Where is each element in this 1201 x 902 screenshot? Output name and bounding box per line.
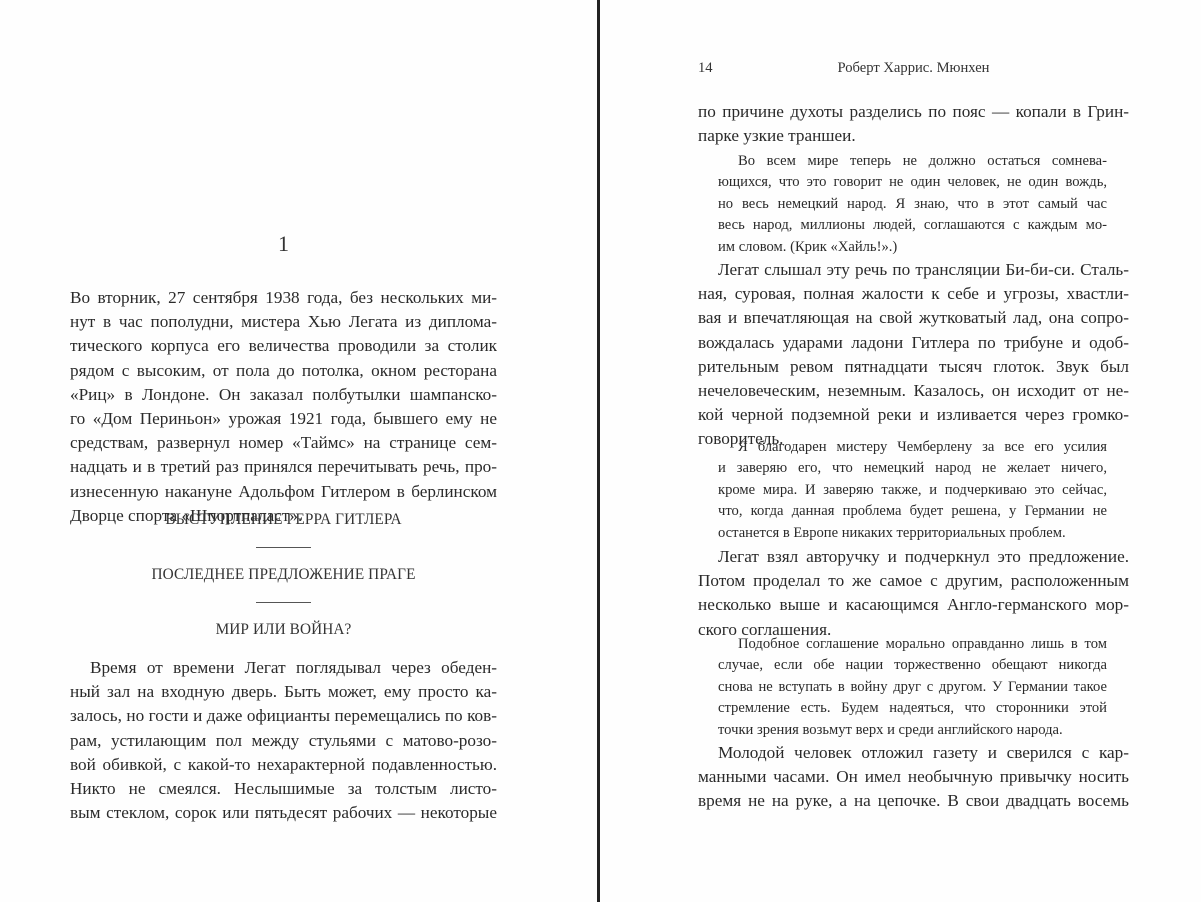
text-line: манными часами. Он имел необычную привыч… bbox=[698, 765, 1129, 789]
text-line: ный зал на входную дверь. Быть может, ем… bbox=[70, 680, 497, 704]
text-line: го «Дом Периньон» урожая 1921 года, бывш… bbox=[70, 407, 497, 431]
paragraph: Легат слышал эту речь по трансляции Би-б… bbox=[698, 258, 1129, 452]
headline: МИР ИЛИ ВОЙНА? bbox=[70, 619, 497, 641]
text-line: изнесенную накануне Адольфом Гитлером в … bbox=[70, 480, 497, 504]
text-line: тического корпуса его величества проводи… bbox=[70, 334, 497, 358]
text-line: несколько выше и касающимся Англо-герман… bbox=[698, 593, 1129, 617]
text-line: снова не вступать в войну друг с другом.… bbox=[718, 677, 1107, 698]
text-line: кроме мира. И заверяю также, и подчеркив… bbox=[718, 480, 1107, 501]
speech-quote: Во всем мире теперь не должно остаться с… bbox=[718, 151, 1107, 258]
headline-divider bbox=[256, 547, 311, 548]
speech-quote: Я благодарен мистеру Чемберлену за все е… bbox=[718, 437, 1107, 544]
text-line: парке узкие траншеи. bbox=[698, 124, 1129, 148]
paragraph: Легат взял авторучку и подчеркнул это пр… bbox=[698, 545, 1129, 642]
text-line: «Риц» в Лондоне. Он заказал полбутылки ш… bbox=[70, 383, 497, 407]
text-line: Молодой человек отложил газету и сверилс… bbox=[698, 741, 1129, 765]
paragraph-opening: Во вторник, 27 сентября 1938 года, без н… bbox=[70, 286, 497, 528]
paragraph: Молодой человек отложил газету и сверилс… bbox=[698, 741, 1129, 814]
text-line: точки зрения возьмут верх и среди англий… bbox=[718, 720, 1107, 741]
text-line: им словом. (Крик «Хайль!».) bbox=[718, 237, 1107, 258]
text-line: Во всем мире теперь не должно остаться с… bbox=[718, 151, 1107, 172]
headline-divider bbox=[256, 602, 311, 603]
text-line: нечеловеческим, неземным. Казалось, он и… bbox=[698, 379, 1129, 403]
text-line: весь народ, миллионы людей, соглашаются … bbox=[718, 215, 1107, 236]
text-line: вой обивкой, с какой-то нехарактерной по… bbox=[70, 753, 497, 777]
text-line: Во вторник, 27 сентября 1938 года, без н… bbox=[70, 286, 497, 310]
text-line: вым стеклом, сорок или пятьдесят рабочих… bbox=[70, 801, 497, 825]
speech-quote: Подобное соглашение морально оправданно … bbox=[718, 634, 1107, 741]
paragraph-continuation: по причине духоты разделись по пояс — ко… bbox=[698, 100, 1129, 148]
text-line: случае, если обе нации торжественно обещ… bbox=[718, 655, 1107, 676]
book-spread: 1 Во вторник, 27 сентября 1938 года, без… bbox=[0, 0, 1201, 902]
text-line: надцать и в третий раз принялся перечиты… bbox=[70, 455, 497, 479]
text-line: но весь немецкий народ. Я знаю, что в эт… bbox=[718, 194, 1107, 215]
headline: ВЫСТУПЛЕНИЕ ГЕРРА ГИТЛЕРА bbox=[70, 509, 497, 531]
text-line: по причине духоты разделись по пояс — ко… bbox=[698, 100, 1129, 124]
text-line: вая и впечатляющая на свой жутковатый ла… bbox=[698, 306, 1129, 330]
paragraph-second: Время от времени Легат поглядывал через … bbox=[70, 656, 497, 825]
text-line: и заверяю его, что немецкий народ не жел… bbox=[718, 458, 1107, 479]
text-line: кой черной подземной реки и изливается ч… bbox=[698, 403, 1129, 427]
text-line: средствам, развернул номер «Таймс» на ст… bbox=[70, 431, 497, 455]
text-line: Легат взял авторучку и подчеркнул это пр… bbox=[698, 545, 1129, 569]
left-page: 1 Во вторник, 27 сентября 1938 года, без… bbox=[0, 0, 597, 902]
text-line: останется в Европе никаких территориальн… bbox=[718, 523, 1107, 544]
text-line: нут в час пополудни, мистера Хью Легата … bbox=[70, 310, 497, 334]
text-line: Время от времени Легат поглядывал через … bbox=[70, 656, 497, 680]
text-line: рительным ревом пятнадцати тысяч глоток.… bbox=[698, 355, 1129, 379]
text-line: что, когда данная проблема будет решена,… bbox=[718, 501, 1107, 522]
text-line: ная, суровая, полная жалости к себе и уг… bbox=[698, 282, 1129, 306]
text-line: ющихся, что это говорит не один человек,… bbox=[718, 172, 1107, 193]
running-head: 14 Роберт Харрис. Мюнхен bbox=[698, 60, 1129, 80]
text-line: Потом проделал то же самое с другим, рас… bbox=[698, 569, 1129, 593]
chapter-number: 1 bbox=[70, 231, 497, 257]
newspaper-headlines: ВЫСТУПЛЕНИЕ ГЕРРА ГИТЛЕРА ПОСЛЕДНЕЕ ПРЕД… bbox=[70, 509, 497, 641]
running-title: Роберт Харрис. Мюнхен bbox=[698, 60, 1129, 77]
text-line: время не на руке, а на цепочке. В свои д… bbox=[698, 789, 1129, 813]
text-line: вождалась ударами ладони Гитлера по триб… bbox=[698, 331, 1129, 355]
text-line: рам, устилающим пол между стульями с мат… bbox=[70, 729, 497, 753]
text-line: стремление есть. Будем надеяться, что ст… bbox=[718, 698, 1107, 719]
text-line: Никто не смеялся. Неслышимые за толстым … bbox=[70, 777, 497, 801]
text-line: рядом с высоким, от пола до потолка, окн… bbox=[70, 359, 497, 383]
headline: ПОСЛЕДНЕЕ ПРЕДЛОЖЕНИЕ ПРАГЕ bbox=[70, 564, 497, 586]
text-line: Легат слышал эту речь по трансляции Би-б… bbox=[698, 258, 1129, 282]
text-line: залось, но гости и даже официанты переме… bbox=[70, 704, 497, 728]
text-line: Подобное соглашение морально оправданно … bbox=[718, 634, 1107, 655]
text-line: Я благодарен мистеру Чемберлену за все е… bbox=[718, 437, 1107, 458]
